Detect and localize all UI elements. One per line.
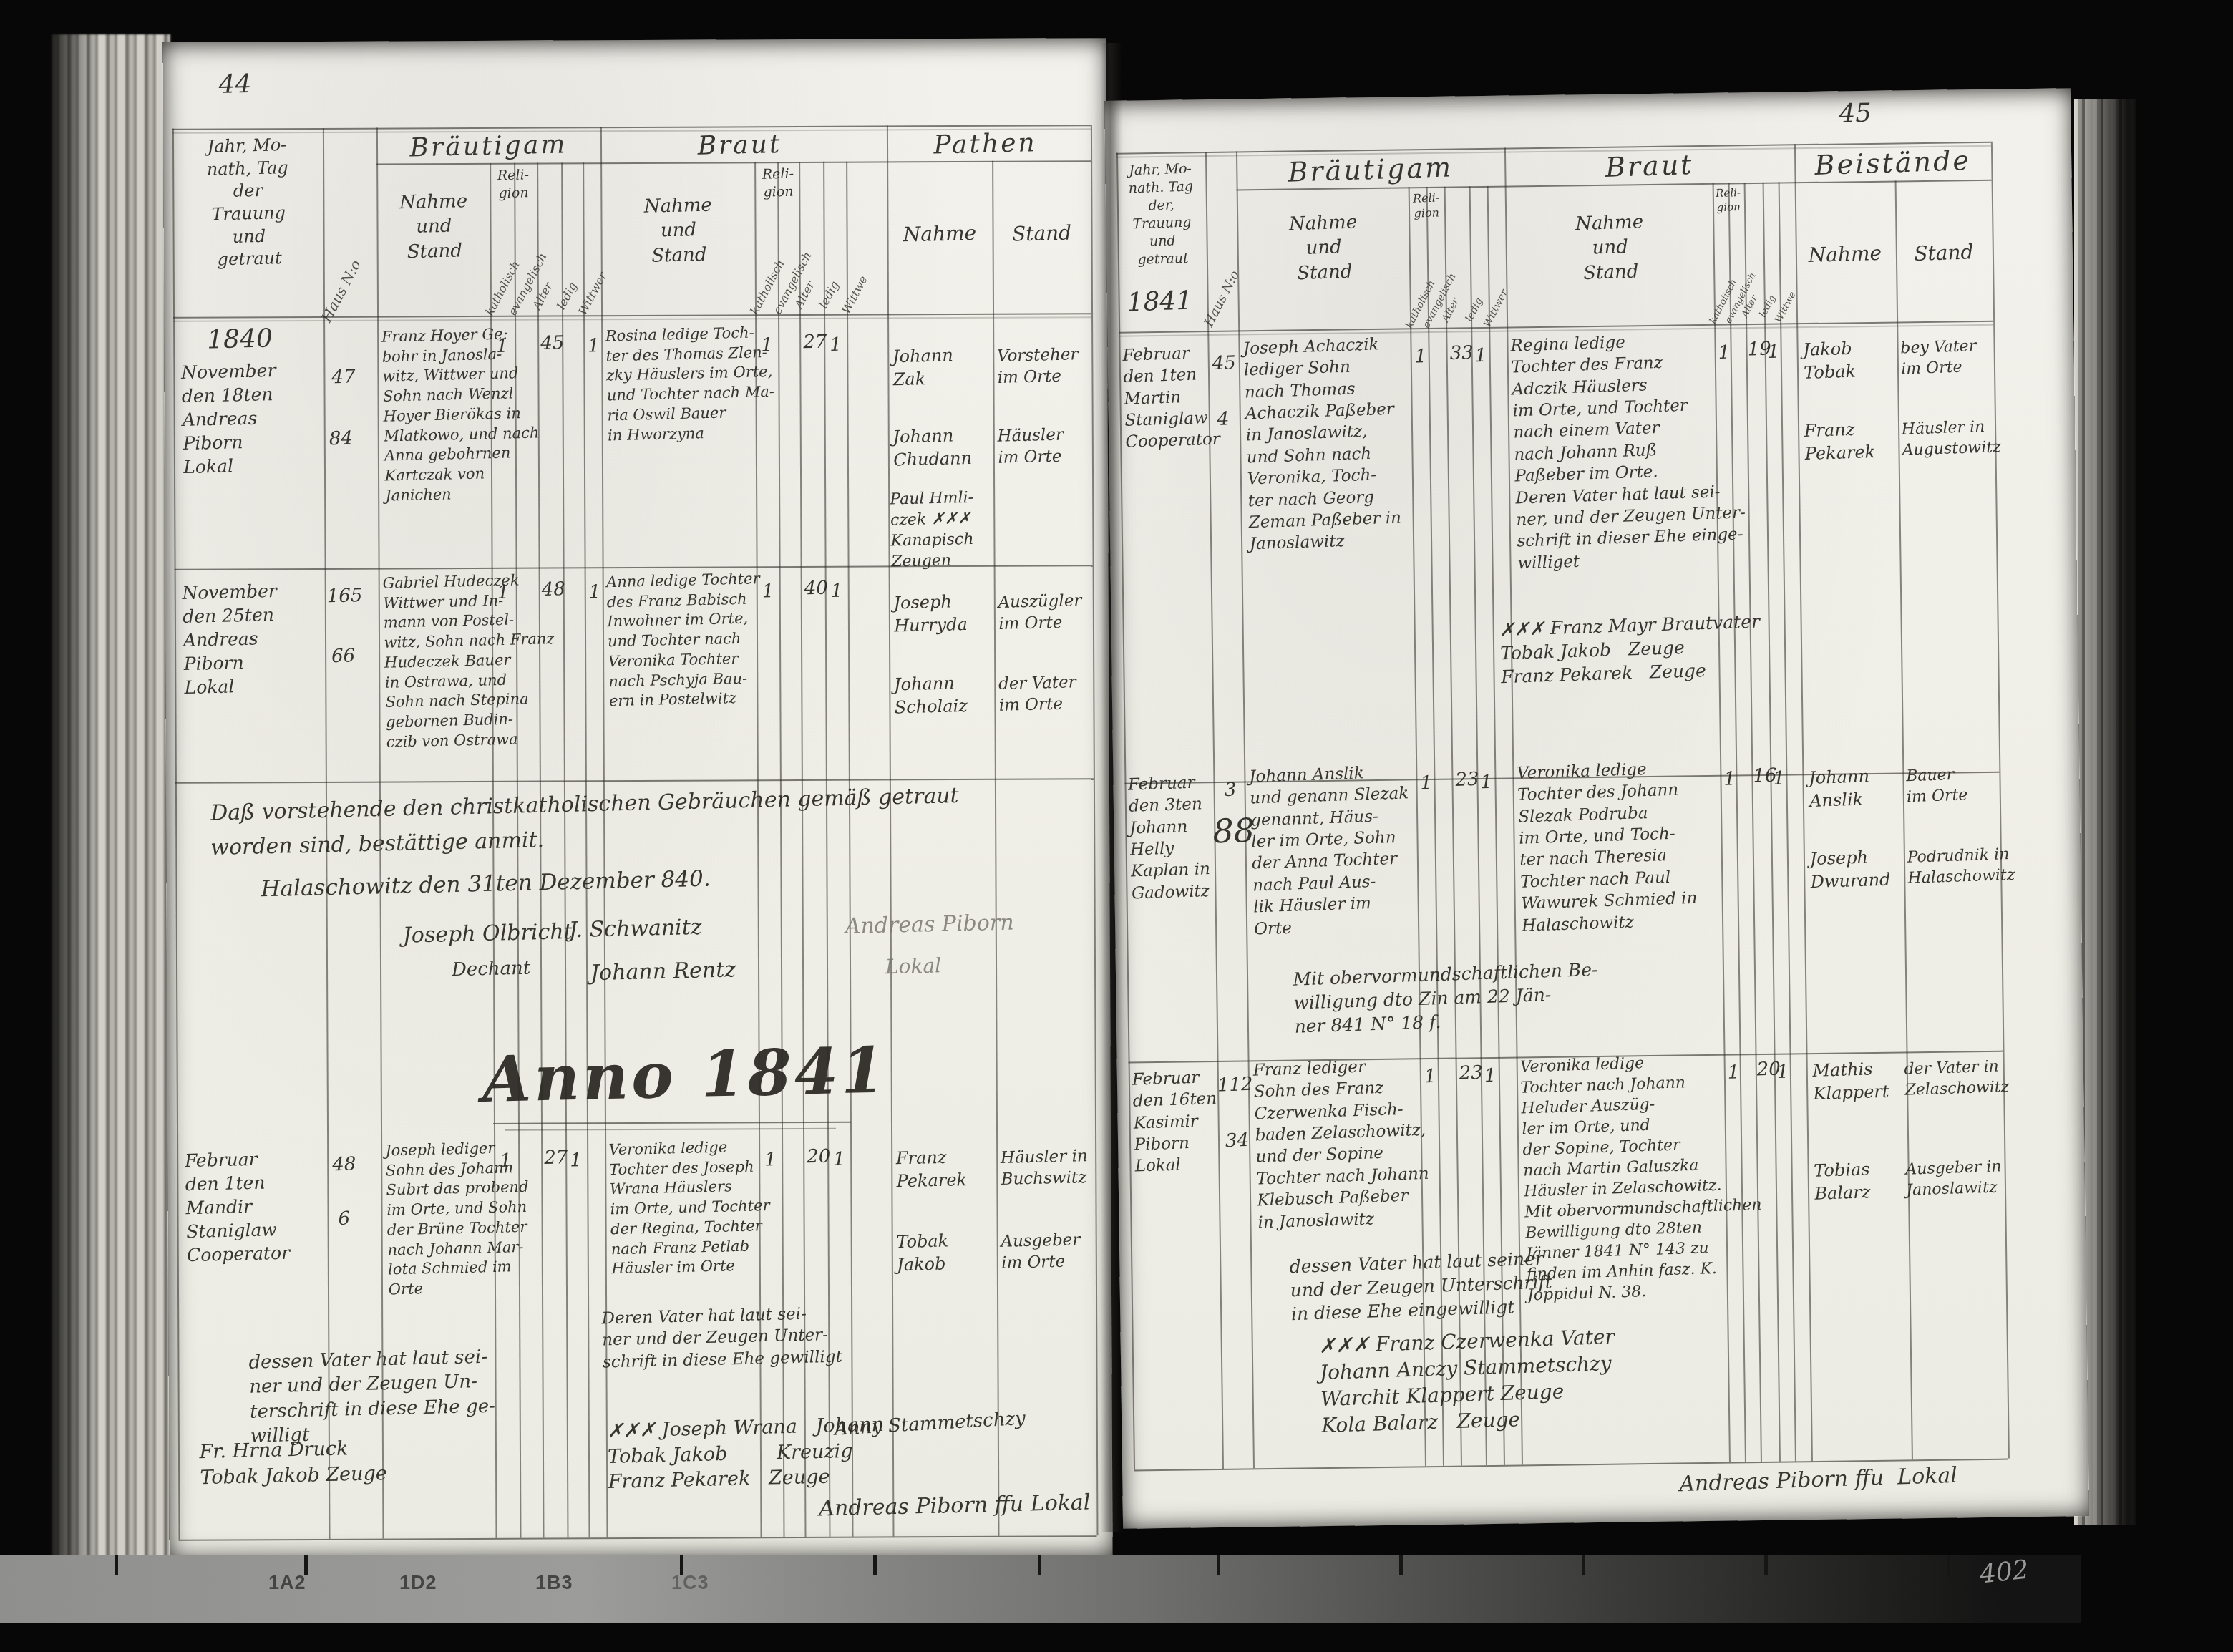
book-spine-page-edges-left (52, 34, 170, 1560)
year-heading-1841: 1841 (1127, 283, 1193, 319)
table-rule-vertical (583, 162, 590, 1537)
register-page-right: 45 Jahr, Mo- nath. Tag der, Trauung und … (1104, 88, 2089, 1529)
groom-ledig-mark: 1 (570, 1148, 582, 1173)
witness-stand: der Vater im Orte (998, 671, 1077, 716)
bride-age: 40 (804, 576, 828, 601)
film-strip-tick (1399, 1555, 1403, 1575)
page-bottom-signature: Andreas Piborn ffu Lokal (1679, 1462, 1958, 1499)
bride-age: 20 (807, 1145, 831, 1170)
film-strip-tick (1217, 1555, 1220, 1575)
subheader-groom-name-stand: Nahme und Stand (377, 188, 490, 265)
bride-katholisch-mark: 1 (1723, 767, 1736, 792)
house-number-top: 47 (331, 364, 356, 389)
witness-stand: Häusler in Augustowitz (1901, 416, 2001, 460)
subheader-groom-wittwer: Wittwer (575, 270, 609, 317)
bride-text: Anna ledige Tochter des Franz Babisch In… (606, 569, 763, 711)
witness-stand: Häusler im Orte (997, 424, 1064, 470)
witness-name: Johann Zak (892, 344, 954, 391)
subheader-bride-religion: Reli- gion (754, 165, 802, 202)
witness-name: Tobias Balarz (1814, 1158, 1871, 1205)
page-number-left: 44 (218, 67, 252, 102)
groom-katholisch-mark: 1 (496, 334, 508, 359)
bride-katholisch-mark: 1 (1718, 340, 1731, 365)
bride-age: 27 (803, 330, 827, 355)
film-strip-label: 1B3 (535, 1572, 573, 1594)
signature-block: ✗✗✗ Franz Czerwenka Vater Johann Anczy S… (1318, 1324, 1617, 1439)
film-strip-tick (1947, 1555, 1950, 1575)
groom-age: 27 (544, 1145, 568, 1170)
film-strip-tick (115, 1555, 118, 1575)
table-rule-vertical (1779, 183, 1796, 1462)
groom-katholisch-mark: 1 (497, 580, 509, 606)
certification-dateline: Halaschowitz den 31ten Dezember 840. (261, 865, 711, 905)
groom-katholisch-mark: 1 (1424, 1064, 1436, 1089)
entry-date: Februar den 1ten Martin Staniglaw Cooper… (1122, 342, 1220, 454)
house-number-top: 45 (1212, 351, 1236, 376)
certification-line: worden sind, bestättige anmit. (210, 826, 545, 863)
film-strip-tick (873, 1555, 877, 1575)
bride-ledig-mark: 1 (1767, 339, 1780, 364)
anno-1841-heading: Anno 1841 (481, 1029, 855, 1121)
witness-name: Joseph Dwurand (1809, 846, 1891, 894)
witness-stand: Auszügler im Orte (998, 590, 1082, 635)
groom-text: Franz Hoyer Ge: bohr in Janosla- witz, W… (381, 324, 541, 507)
witness-name: Joseph Hurryda (893, 591, 968, 638)
groom-ledig-mark: 1 (1484, 1064, 1497, 1089)
film-strip-label: 1A2 (268, 1572, 306, 1594)
witness-stand: Häusler in Buchswitz (1001, 1145, 1089, 1191)
table-rule-horizontal (179, 1535, 1097, 1541)
certification-line: Daß vorstehende den christkatholischen G… (210, 782, 959, 827)
table-rule-vertical (1763, 183, 1781, 1462)
signature: J. Schwanitz (568, 913, 702, 945)
bride-ledig-mark: 1 (1776, 1059, 1789, 1084)
column-header-groom: Bräutigam (1236, 147, 1505, 192)
page-number-right: 45 (1839, 96, 1872, 131)
groom-ledig-mark: 1 (1474, 344, 1487, 369)
subheader-bride-religion: Reli- gion (1712, 186, 1744, 215)
groom-text: Joseph Achaczik lediger Sohn nach Thomas… (1242, 334, 1402, 555)
witness-stand: Vorsteher im Orte (997, 344, 1079, 389)
witness-name: Johann Scholaiz (894, 672, 968, 719)
groom-ledig-mark: 1 (1480, 770, 1493, 795)
bride-text: Rosina ledige Toch- ter des Thomas Zlen-… (605, 323, 776, 446)
groom-katholisch-mark: 1 (500, 1149, 512, 1174)
table-rule-vertical (846, 162, 853, 1537)
signature-block: Fr. Hrna Druck Tobak Jakob Zeuge (199, 1435, 387, 1490)
house-number-top: 112 (1217, 1072, 1253, 1098)
film-strip-tick (1582, 1555, 1585, 1575)
signature: Johann Rentz (590, 956, 736, 987)
house-number-top: 165 (326, 583, 362, 608)
subheader-bride-wittwe: Wittwe (1774, 290, 1799, 324)
groom-age: 23 (1455, 767, 1479, 792)
witness-stand: bey Vater im Orte (1900, 336, 1977, 379)
house-number-bottom: 84 (329, 426, 353, 451)
subheader-bride-ledig: ledig (816, 278, 842, 310)
groom-text: Johann Anslik und genann Slezak genannt,… (1249, 761, 1414, 940)
entry-date: Februar den 16ten Kasimir Piborn Lokal (1132, 1066, 1219, 1178)
witness-stand: Bauer im Orte (1906, 764, 1968, 807)
witness-stand: Ausgeber im Orte (1001, 1229, 1081, 1274)
table-rule-vertical (172, 129, 180, 1540)
column-header-witnesses: Pathen (886, 125, 1084, 164)
bride-text: Veronika ledige Tochter nach Johann Helu… (1519, 1049, 1764, 1306)
witness-name: Jakob Tobak (1803, 338, 1857, 385)
witness-name: Mathis Klappert (1812, 1058, 1889, 1106)
bride-ledig-mark: 1 (830, 579, 842, 604)
bride-consent-note: Deren Vater hat laut sei- ner und der Ze… (601, 1303, 842, 1374)
table-rule-horizontal (1119, 321, 1993, 334)
bride-ledig-mark: 1 (1773, 766, 1786, 791)
subheader-witness-name: Nahme (888, 220, 991, 248)
table-rule-vertical (1091, 125, 1099, 1535)
subheader-bride-name-stand: Nahme und Stand (1506, 208, 1714, 288)
book-gutter-shadow (1101, 43, 1122, 1532)
guardianship-note: Mit obervormundschaftlichen Be- willigun… (1293, 958, 1600, 1039)
column-header-groom: Bräutigam (376, 127, 601, 166)
groom-katholisch-mark: 1 (1420, 771, 1433, 796)
table-rule-vertical (561, 162, 568, 1537)
witness-name: Johann Anslik (1809, 765, 1871, 812)
bride-katholisch-mark: 1 (764, 1147, 777, 1172)
column-header-date: Jahr, Mo- nath, Tag der Trauung und getr… (173, 133, 323, 273)
witness-stand: Podrudnik in Halaschowitz (1907, 844, 2015, 889)
signature-block: ✗✗✗ Franz Mayr Brautvater Tobak Jakob Ze… (1499, 610, 1762, 689)
film-strip-tick (1038, 1555, 1041, 1575)
column-header-date: Jahr, Mo- nath. Tag der, Trauung und get… (1117, 160, 1207, 270)
witness-stand: Ausgeber in Janoslawitz (1905, 1156, 2003, 1200)
subheader-groom-ledig: ledig (554, 280, 580, 311)
table-rule-horizontal (173, 313, 1091, 319)
witness-signature-note: Paul Hmli- czek ✗✗✗ Kanapisch Zeugen (890, 487, 975, 573)
signature: Joseph Olbricht (402, 918, 573, 950)
house-number-bottom: 34 (1225, 1128, 1249, 1153)
groom-age: 45 (540, 331, 565, 356)
house-number-top: 48 (332, 1152, 356, 1177)
groom-age: 33 (1449, 341, 1474, 366)
film-frame-number: 402 (1978, 1555, 2030, 1590)
house-number-bottom: 66 (331, 643, 356, 669)
film-strip-label: 1D2 (399, 1572, 437, 1594)
microfilm-scan-frame: 44 Jahr, Mo- nath, Tag der Trauung und g… (0, 0, 2233, 1652)
groom-text: Gabriel Hudeczek Wittwer und In- mann vo… (382, 570, 557, 752)
witness-name: Tobak Jakob (896, 1230, 949, 1276)
page-bottom-signature: Andreas Piborn ffu Lokal (819, 1489, 1091, 1524)
anno-underline (493, 1122, 851, 1124)
groom-text: Franz lediger Sohn des Franz Czerwenka F… (1252, 1054, 1431, 1234)
entry-date: Februar den 3ten Johann Helly Kaplan in … (1128, 772, 1212, 905)
subheader-witness-stand: Stand (993, 220, 1090, 248)
groom-consent-note: dessen Vater hat laut seiner und der Zeu… (1289, 1246, 1553, 1326)
column-header-witnesses: Beistände (1794, 142, 1991, 184)
subheader-bride-wittwe: Wittwe (839, 273, 870, 316)
bride-katholisch-mark: 1 (761, 333, 773, 358)
entry-date: November den 25ten Andreas Piborn Lokal (182, 579, 279, 699)
anno-underline (505, 1128, 836, 1131)
subheader-witness-name: Nahme (1796, 240, 1893, 269)
column-header-bride: Braut (600, 125, 880, 166)
groom-katholisch-mark: 1 (1414, 344, 1427, 369)
bride-ledig-mark: 1 (830, 333, 842, 358)
house-number-bottom: 88 (1212, 809, 1255, 854)
bride-text: Veronika ledige Tochter des Johann Sleza… (1517, 757, 1698, 937)
house-number-bottom: 4 (1217, 407, 1230, 432)
groom-consent-note: dessen Vater hat laut sei- ner und der Z… (248, 1345, 496, 1449)
signature-title: Dechant (452, 956, 531, 983)
groom-age: 48 (541, 577, 565, 602)
subheader-groom-ledig: ledig (1464, 296, 1485, 324)
witness-stand: der Vater in Zelaschowitz (1904, 1056, 2010, 1101)
entry-date: Februar den 1ten Mandir Staniglaw Cooper… (185, 1147, 291, 1267)
witness-name: Johann Chudann (892, 424, 972, 472)
bride-text: Regina ledige Tochter des Franz Adczik H… (1510, 328, 1747, 574)
witness-name: Franz Pekarek (1804, 418, 1875, 465)
subheader-groom-religion: Reli- gion (490, 166, 537, 203)
bride-ledig-mark: 1 (833, 1147, 845, 1172)
groom-age: 23 (1459, 1061, 1483, 1086)
bride-katholisch-mark: 1 (762, 579, 774, 604)
signature: Andreas Piborn (845, 908, 1014, 941)
house-number-top: 3 (1224, 777, 1237, 802)
bride-katholisch-mark: 1 (1727, 1060, 1740, 1085)
table-rule-vertical (1991, 142, 2010, 1459)
table-rule-vertical (887, 125, 895, 1536)
year-heading-1840: 1840 (207, 321, 273, 357)
subheader-witness-stand: Stand (1897, 238, 1990, 268)
groom-wittwer-mark: 1 (588, 334, 600, 359)
bride-text: Veronika ledige Tochter des Joseph Wrana… (608, 1137, 772, 1279)
house-number-bottom: 6 (338, 1207, 350, 1232)
subheader-bride-name-stand: Nahme und Stand (601, 192, 755, 269)
signature-title: Lokal (885, 953, 942, 981)
subheader-groom-name-stand: Nahme und Stand (1237, 208, 1410, 288)
film-strip-tick (1764, 1555, 1768, 1575)
film-strip-label: 1C3 (671, 1572, 709, 1594)
entry-date: November den 18ten Andreas Piborn Lokal (181, 359, 278, 479)
subheader-groom-religion: Reli- gion (1408, 190, 1444, 221)
groom-wittwer-mark: 1 (588, 580, 600, 605)
witness-name: Franz Pekarek (896, 1146, 968, 1193)
register-page-left: 44 Jahr, Mo- nath, Tag der Trauung und g… (162, 38, 1112, 1560)
